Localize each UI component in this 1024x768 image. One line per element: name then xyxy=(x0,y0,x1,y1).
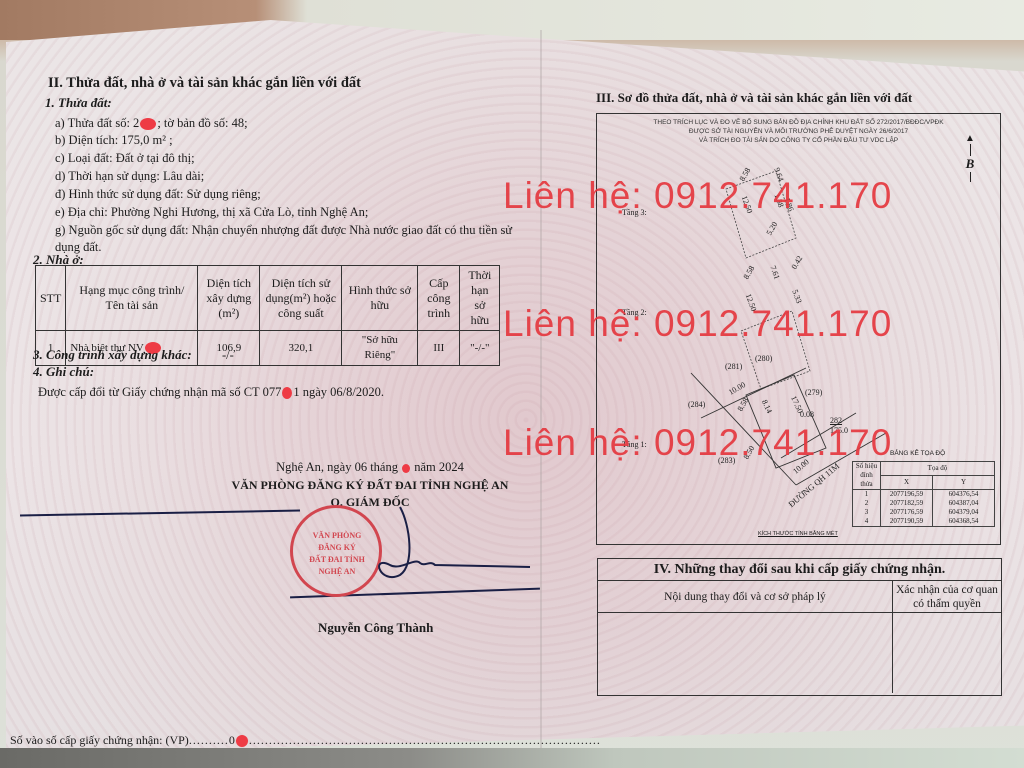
other-works-value: -/- xyxy=(222,346,234,364)
page-fold xyxy=(540,30,542,750)
col-name: Hạng mục công trình/ Tên tài sản xyxy=(66,266,198,331)
changes-header: Nội dung thay đổi và cơ sở pháp lý Xác n… xyxy=(598,581,1001,613)
table-row: 4 2077190,59 604368,54 xyxy=(853,517,995,527)
col-authority-confirmation: Xác nhận của cơ quan có thẩm quyền xyxy=(893,581,1001,612)
col-change-content: Nội dung thay đổi và cơ sở pháp lý xyxy=(598,581,893,612)
notes-text: Được cấp đổi từ Giấy chứng nhận mã số CT… xyxy=(38,383,384,401)
cell-point: 1 xyxy=(853,490,881,500)
other-works-heading: 3. Công trình xây dựng khác: xyxy=(33,347,192,363)
map-sheet-number: ; tờ bản đồ số: 48; xyxy=(157,116,247,130)
land-use-form: đ) Hình thức sử dụng đất: Sử dụng riêng; xyxy=(55,185,261,203)
cell-term: "-/-" xyxy=(460,331,500,366)
parcel-label: (280) xyxy=(755,354,772,363)
col-built-area: Diện tích xây dựng (m²) xyxy=(198,266,260,331)
cell-point: 3 xyxy=(853,508,881,517)
land-heading: 1. Thửa đất: xyxy=(45,95,112,111)
cell-y: 604376,54 xyxy=(933,490,995,500)
land-parcel-line: a) Thửa đất số: 2; tờ bản đồ số: 48; xyxy=(55,114,248,132)
redaction-mark xyxy=(402,464,410,473)
register-number: Số vào số cấp giấy chứng nhận: (VP).....… xyxy=(10,731,601,749)
issuing-office: VĂN PHÒNG ĐĂNG KÝ ĐẤT ĐAI TỈNH NGHỆ AN xyxy=(205,478,535,493)
contact-watermark: Liên hệ: 0912.741.170 xyxy=(503,422,892,464)
col-stt: STT xyxy=(36,266,66,331)
house-table-header: STT Hạng mục công trình/ Tên tài sản Diệ… xyxy=(36,266,500,331)
redaction-mark xyxy=(140,118,156,130)
col-y: Y xyxy=(933,476,995,490)
cell-x: 2077196,59 xyxy=(881,490,933,500)
land-area: b) Diện tích: 175,0 m² ; xyxy=(55,131,173,149)
land-term: d) Thời hạn sử dụng: Lâu dài; xyxy=(55,167,204,185)
coord-table: Số hiệu đỉnh thửa Tọa độ X Y 1 2077196,5… xyxy=(852,461,995,527)
col-used-area: Diện tích sử dụng(m²) hoặc công suất xyxy=(260,266,342,331)
cell-ownership: "Sở hữu Riêng" xyxy=(342,331,418,366)
land-origin: g) Nguồn gốc sử dụng đất: Nhận chuyển nh… xyxy=(55,221,512,239)
register-dots: ........................................… xyxy=(249,733,601,747)
cell-y: 604379,04 xyxy=(933,508,995,517)
issue-date-suffix: năm 2024 xyxy=(414,460,464,474)
changes-table: IV. Những thay đổi sau khi cấp giấy chứn… xyxy=(597,558,1002,696)
changes-body xyxy=(598,613,1001,693)
register-value: 0 xyxy=(229,733,235,747)
redaction-mark xyxy=(236,735,248,747)
dim-label: 0.08 xyxy=(800,410,814,419)
change-content-cell xyxy=(598,613,893,693)
col-term: Thời hạn sở hữu xyxy=(460,266,500,331)
redaction-mark xyxy=(282,387,292,399)
cell-point: 4 xyxy=(853,517,881,527)
issue-date: Nghệ An, ngày 06 tháng năm 2024 xyxy=(205,458,535,476)
cell-y: 604387,04 xyxy=(933,499,995,508)
contact-watermark: Liên hệ: 0912.741.170 xyxy=(503,175,892,217)
signature-icon xyxy=(340,505,540,585)
col-point: Số hiệu đỉnh thửa xyxy=(853,462,881,490)
cell-y: 604368,54 xyxy=(933,517,995,527)
cell-x: 2077190,59 xyxy=(881,517,933,527)
land-address: e) Địa chỉ: Phường Nghi Hương, thị xã Cử… xyxy=(55,203,368,221)
col-x: X xyxy=(881,476,933,490)
cell-x: 2077182,59 xyxy=(881,499,933,508)
col-coord: Tọa độ xyxy=(881,462,995,476)
section-3-title: III. Sơ đồ thửa đất, nhà ở và tài sản kh… xyxy=(596,90,912,106)
notes-prefix: Được cấp đổi từ Giấy chứng nhận mã số CT… xyxy=(38,385,281,399)
signer-name: Nguyễn Công Thành xyxy=(318,620,433,636)
land-type: c) Loại đất: Đất ở tại đô thị; xyxy=(55,149,195,167)
notes-suffix: 1 ngày 06/8/2020. xyxy=(293,385,384,399)
parcel-label: (279) xyxy=(805,388,822,397)
table-row: 2 2077182,59 604387,04 xyxy=(853,499,995,508)
desk-background-bottom xyxy=(0,748,1024,768)
table-row: 3 2077176,59 604379,04 xyxy=(853,508,995,517)
parcel-number-label: a) Thửa đất số: 2 xyxy=(55,116,139,130)
register-label: Số vào số cấp giấy chứng nhận: (VP) xyxy=(10,733,189,747)
notes-heading: 4. Ghi chú: xyxy=(33,364,94,380)
signature-block: Nghệ An, ngày 06 tháng năm 2024 VĂN PHÒN… xyxy=(205,458,535,510)
section-2-title: II. Thửa đất, nhà ở và tài sản khác gắn … xyxy=(48,75,361,92)
parcel-label: (281) xyxy=(725,362,742,371)
col-grade: Cấp công trình xyxy=(418,266,460,331)
cell-x: 2077176,59 xyxy=(881,508,933,517)
cell-used-area: 320,1 xyxy=(260,331,342,366)
cell-point: 2 xyxy=(853,499,881,508)
contact-watermark: Liên hệ: 0912.741.170 xyxy=(503,303,892,345)
coord-table-title: BẢNG KÊ TỌA ĐỘ xyxy=(890,450,945,457)
register-dots: .......... xyxy=(189,733,229,747)
cell-grade: III xyxy=(418,331,460,366)
col-ownership: Hình thức sở hữu xyxy=(342,266,418,331)
issue-date-prefix: Nghệ An, ngày 06 tháng xyxy=(276,460,398,474)
section-4-title: IV. Những thay đổi sau khi cấp giấy chứn… xyxy=(598,559,1001,581)
table-row: 1 2077196,59 604376,54 xyxy=(853,490,995,500)
parcel-label: (284) xyxy=(688,400,705,409)
scale-note: KÍCH THƯỚC TÍNH BẰNG MÉT xyxy=(758,531,838,537)
